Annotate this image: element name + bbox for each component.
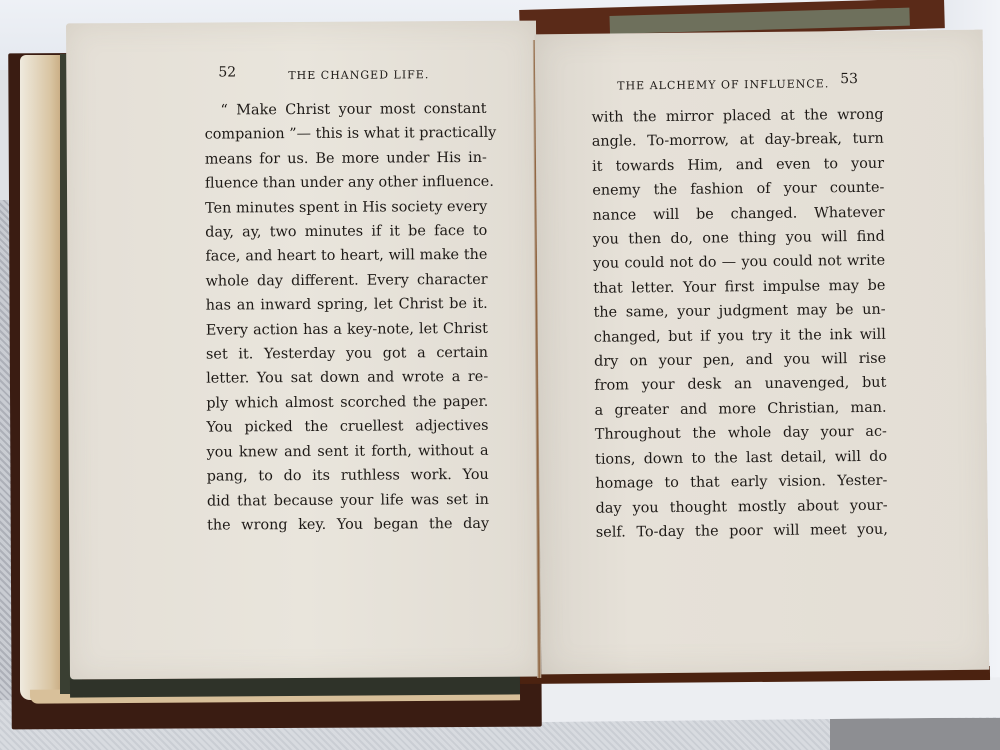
text-line: Ten minutes spent in His society every bbox=[205, 194, 487, 220]
text-line: “ Make Christ your most constant bbox=[204, 97, 486, 123]
text-line: enemy the fashion of your counte- bbox=[592, 176, 884, 203]
text-line: set it. Yesterday you got a certain bbox=[206, 341, 488, 367]
page-number-right: 53 bbox=[840, 71, 858, 87]
text-line: the same, your judgment may be un- bbox=[593, 298, 885, 325]
text-line: letter. You sat down and wrote a re- bbox=[206, 365, 488, 391]
text-line: dry on your pen, and you will rise bbox=[594, 347, 886, 374]
text-line: fluence than under any other influence. bbox=[205, 170, 487, 196]
text-line: You picked the cruellest adjectives bbox=[206, 414, 488, 440]
text-line: did that because your life was set in bbox=[207, 487, 489, 513]
right-page-body: with the mirror placed at the wrong angl… bbox=[591, 103, 888, 545]
left-page: 52 THE CHANGED LIFE. “ Make Christ your … bbox=[66, 21, 540, 680]
text-line: self. To-day the poor will meet you, bbox=[596, 518, 888, 545]
text-line: you could not do — you could not write bbox=[593, 249, 885, 276]
left-page-body: “ Make Christ your most constant compani… bbox=[204, 97, 489, 538]
text-line: angle. To-morrow, at day-break, turn bbox=[592, 127, 884, 154]
text-line: homage to that early vision. Yester- bbox=[595, 469, 887, 496]
text-line: that letter. Your first impulse may be bbox=[593, 274, 885, 301]
text-line: you knew and sent it forth, without a bbox=[207, 439, 489, 465]
text-line: with the mirror placed at the wrong bbox=[591, 103, 883, 130]
table-surface-dark bbox=[830, 718, 1000, 750]
page-number-left: 52 bbox=[218, 64, 236, 80]
foam-background-bottom bbox=[480, 677, 1000, 722]
text-line: changed, but if you try it the ink will bbox=[594, 322, 886, 349]
running-head-right: THE ALCHEMY OF INFLUENCE. bbox=[617, 77, 829, 92]
text-line: you then do, one thing you will find bbox=[593, 225, 885, 252]
text-line: from your desk an unavenged, but bbox=[594, 371, 886, 398]
text-line: Throughout the whole day your ac- bbox=[595, 420, 887, 447]
text-line: pang, to do its ruthless work. You bbox=[207, 463, 489, 489]
text-line: Every action has a key-note, let Christ bbox=[206, 317, 488, 343]
text-line: whole day different. Every character bbox=[206, 268, 488, 294]
text-line: nance will be changed. Whatever bbox=[592, 200, 884, 227]
right-page: THE ALCHEMY OF INFLUENCE. 53 with the mi… bbox=[535, 30, 990, 675]
text-line: day, ay, two minutes if it be face to bbox=[205, 219, 487, 245]
endpaper-green-bottom bbox=[70, 676, 520, 697]
text-line: companion ”— this is what it practically bbox=[205, 121, 487, 147]
text-line: it towards Him, and even to your bbox=[592, 152, 884, 179]
text-line: face, and heart to heart, will make the bbox=[205, 243, 487, 269]
text-line: means for us. Be more under His in- bbox=[205, 146, 487, 172]
text-line: the wrong key. You began the day bbox=[207, 512, 489, 538]
text-line: a greater and more Christian, man. bbox=[594, 396, 886, 423]
text-line: has an inward spring, let Christ be it. bbox=[206, 292, 488, 318]
running-head-left: THE CHANGED LIFE. bbox=[288, 68, 429, 82]
text-line: day you thought mostly about your- bbox=[596, 493, 888, 520]
text-line: tions, down to the last detail, will do bbox=[595, 444, 887, 471]
text-line: ply which almost scorched the paper. bbox=[206, 390, 488, 416]
